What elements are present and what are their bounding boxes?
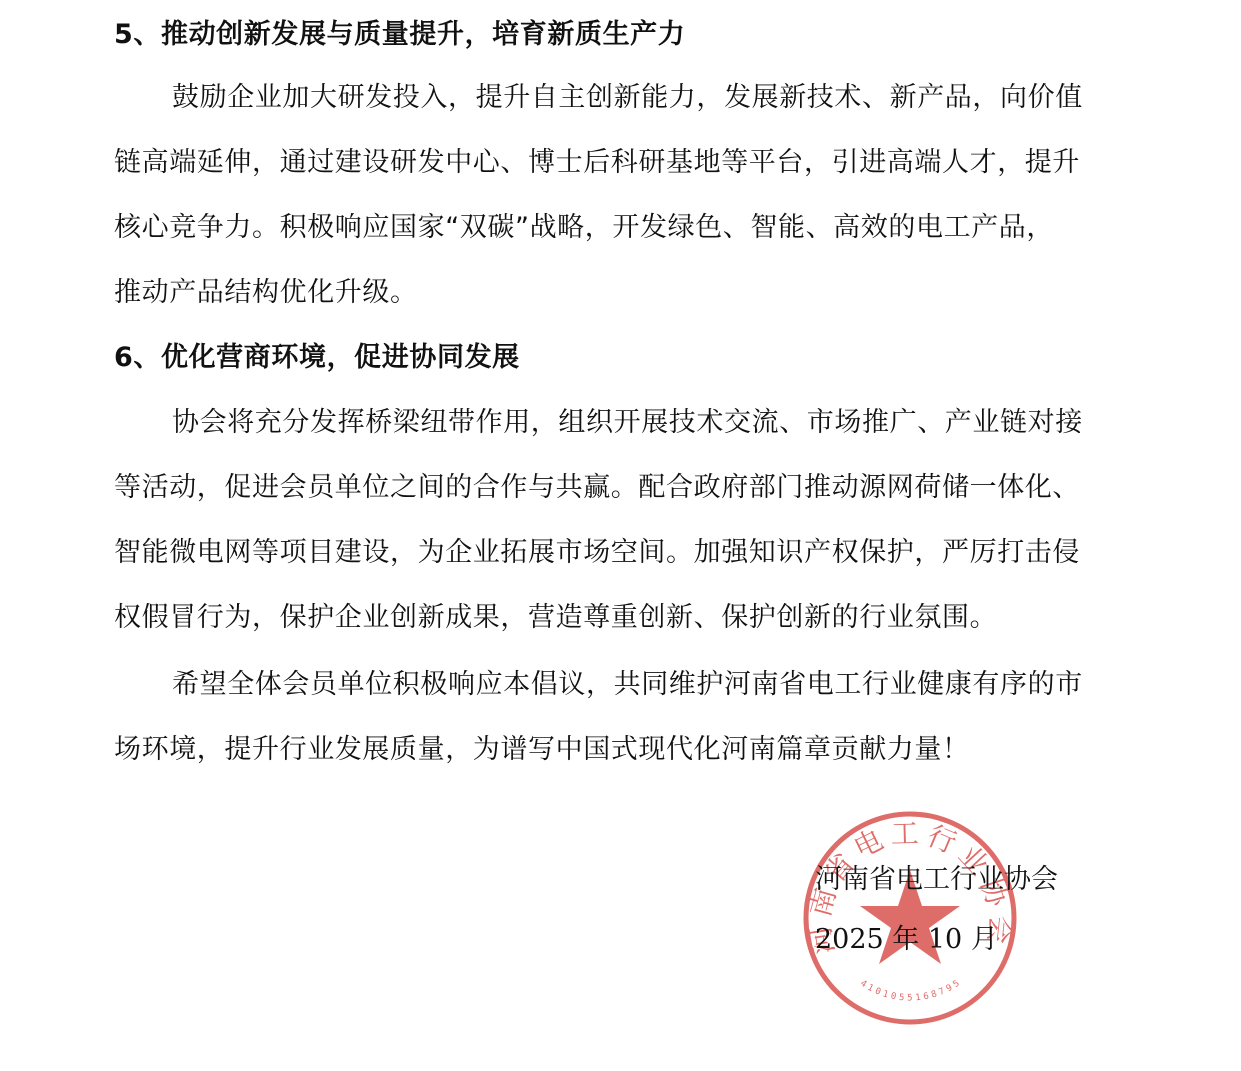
paragraph-line: 鼓励企业加大研发投入，提升自主创新能力，发展新技术、新产品，向价值 <box>172 80 1083 116</box>
paragraph-line: 协会将充分发挥桥梁纽带作用，组织开展技术交流、市场推广、产业链对接 <box>172 405 1083 441</box>
signature-organization: 河南省电工行业协会 <box>815 862 1058 898</box>
paragraph-line: 核心竞争力。积极响应国家“双碳”战略，开发绿色、智能、高效的电工产品， <box>114 210 1054 246</box>
closing-line: 希望全体会员单位积极响应本倡议，共同维护河南省电工行业健康有序的市 <box>172 667 1083 703</box>
paragraph-line: 智能微电网等项目建设，为企业拓展市场空间。加强知识产权保护，严厉打击侵 <box>114 535 1080 571</box>
section-6-heading: 6、优化营商环境，促进协同发展 <box>114 340 520 376</box>
paragraph-line: 推动产品结构优化升级。 <box>114 275 418 311</box>
section-5-heading: 5、推动创新发展与质量提升，培育新质生产力 <box>114 17 685 53</box>
paragraph-line: 权假冒行为，保护企业创新成果，营造尊重创新、保护创新的行业氛围。 <box>114 600 997 636</box>
official-seal-icon: 河南省电工行业协会 4101055168795 <box>800 808 1020 1028</box>
closing-line: 场环境，提升行业发展质量，为谱写中国式现代化河南篇章贡献力量！ <box>114 732 970 768</box>
paragraph-line: 链高端延伸，通过建设研发中心、博士后科研基地等平台，引进高端人才，提升 <box>114 145 1080 181</box>
signature-date: 2025 年 10 月 <box>815 922 998 958</box>
paragraph-line: 等活动，促进会员单位之间的合作与共赢。配合政府部门推动源网荷储一体化、 <box>114 470 1080 506</box>
svg-text:4101055168795: 4101055168795 <box>858 977 964 1003</box>
